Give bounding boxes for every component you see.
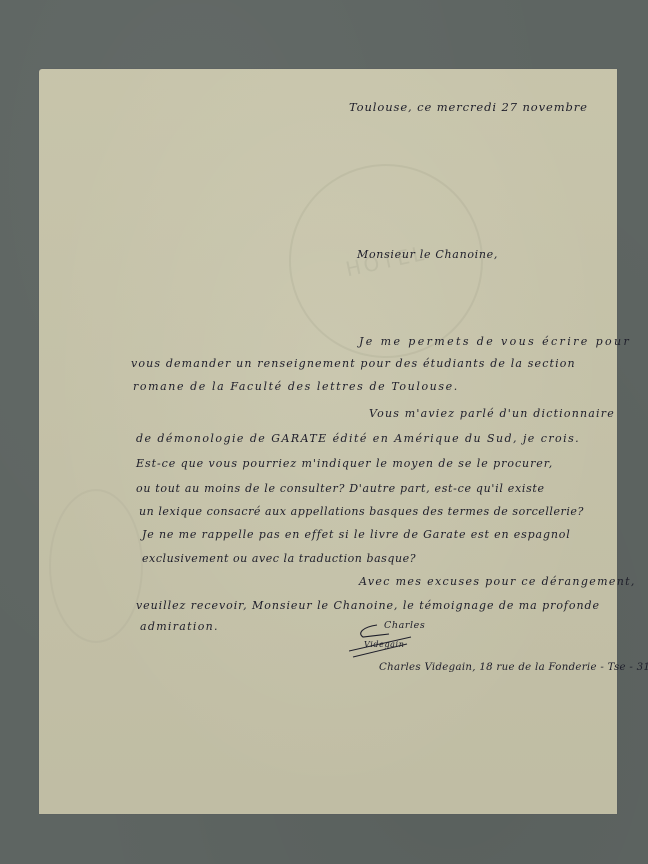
letter-salutation: Monsieur le Chanoine, (357, 249, 498, 260)
sender-address: Charles Videgain, 18 rue de la Fonderie … (379, 663, 648, 673)
body-line-4: Vous m'aviez parlé d'un dictionnaire (369, 408, 615, 419)
watermark-text: HOTEL (344, 241, 429, 281)
body-line-6: Est-ce que vous pourriez m'indiquer le m… (136, 458, 553, 469)
body-line-9: Je ne me rappelle pas en effet si le liv… (142, 529, 571, 540)
body-line-13: admiration. (140, 621, 219, 632)
body-line-2: vous demander un renseignement pour des … (131, 358, 576, 369)
faint-watermark-left (49, 489, 143, 643)
body-line-11: Avec mes excuses pour ce dérangement, (359, 576, 636, 587)
body-line-5: de démonologie de GARATE édité en Amériq… (136, 433, 580, 444)
body-line-8: un lexique consacré aux appellations bas… (139, 506, 584, 517)
body-line-3: romane de la Faculté des lettres de Toul… (133, 381, 459, 392)
signature-first-name: Charles (384, 621, 425, 631)
letter-dateline: Toulouse, ce mercredi 27 novembre (349, 102, 588, 114)
body-line-10: exclusivement ou avec la traduction basq… (142, 553, 416, 564)
body-line-12: veuillez recevoir, Monsieur le Chanoine,… (136, 600, 600, 611)
signature-last-name: Videgain (364, 641, 404, 649)
body-line-1: Je me permets de vous écrire pour (359, 336, 631, 347)
letter-paper: HOTEL Toulouse, ce mercredi 27 novembre … (39, 69, 617, 814)
body-line-7: ou tout au moins de le consulter? D'autr… (136, 483, 545, 494)
